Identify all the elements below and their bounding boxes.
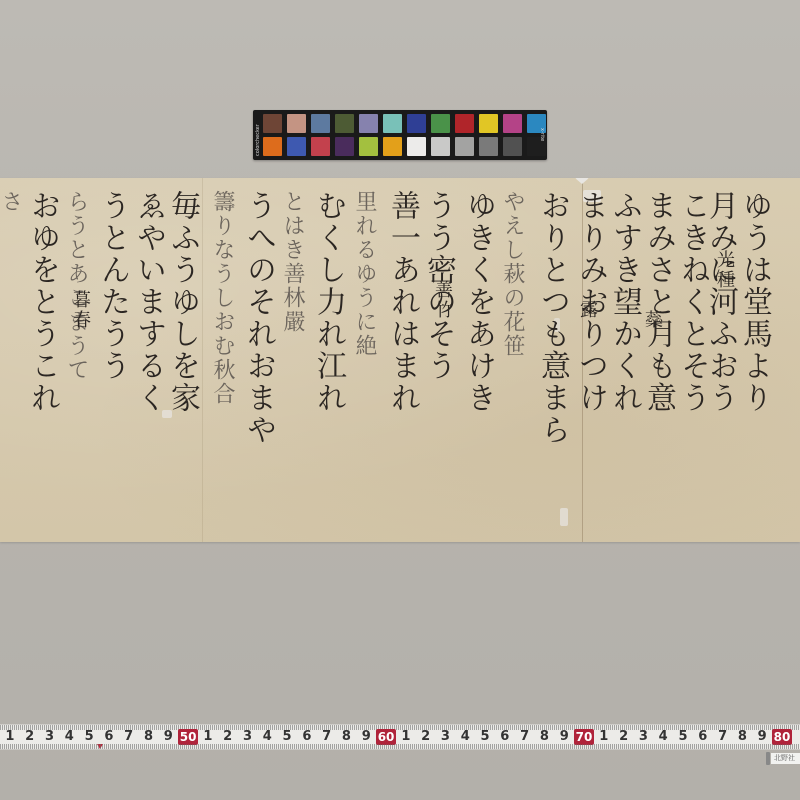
calligraphy-column: 光種	[707, 250, 741, 290]
calligraphy-column: うとんたうう	[95, 190, 129, 382]
calligraphy-column: さ	[0, 190, 27, 214]
calligraphy-column: 毎ふうゆしを家	[165, 190, 199, 414]
ruler-number: 5	[79, 729, 99, 745]
ruler-ticks-bottom	[0, 744, 800, 749]
calligraphy-column: おりとつも意まら	[535, 190, 569, 446]
color-patch	[479, 114, 498, 133]
ruler-number: 2	[614, 729, 634, 745]
ruler-number: 6	[99, 729, 119, 745]
color-patch	[503, 114, 522, 133]
calligraphy-column: やえし萩の花笹	[495, 190, 529, 358]
ruler-number: 6	[495, 729, 515, 745]
checker-brand-label: colorchecker	[254, 116, 262, 156]
ruler-number: 8	[535, 729, 555, 745]
color-patch	[479, 137, 498, 156]
ruler-number: 7	[317, 729, 337, 745]
color-patch	[263, 137, 282, 156]
calligraphy-column: ゑやいまするく	[131, 190, 165, 414]
ruler-number: 4	[653, 729, 673, 745]
color-patch	[263, 114, 282, 133]
calligraphy-column: ゆうは堂馬より	[737, 190, 771, 414]
ruler-number: 9	[554, 729, 574, 745]
color-patch	[407, 114, 426, 133]
ruler-number: 9	[356, 729, 376, 745]
calligraphy-column: おゆをとうこれ	[25, 190, 59, 414]
ruler-number: 70	[574, 729, 594, 745]
color-patch	[383, 137, 402, 156]
calligraphy-column: 善竹	[425, 280, 459, 320]
ruler-number: 5	[673, 729, 693, 745]
color-patch	[455, 114, 474, 133]
ruler-number: 4	[257, 729, 277, 745]
ruler-number: 6	[297, 729, 317, 745]
ruler-number: 50	[178, 729, 198, 745]
ruler-numbers: 1234567895012345678960123456789701234567…	[0, 729, 792, 745]
ruler-number: 5	[475, 729, 495, 745]
calligraphy-column: うへのそれおまや	[241, 190, 275, 446]
calligraphy-column: 善一あれはまれ	[385, 190, 419, 414]
color-patch	[335, 137, 354, 156]
ruler-number: 7	[713, 729, 733, 745]
ruler-number: 4	[455, 729, 475, 745]
color-patch	[383, 114, 402, 133]
calligraphy-column: とはき善林嚴	[275, 190, 309, 334]
ruler-number: 3	[634, 729, 654, 745]
ruler-number: 4	[59, 729, 79, 745]
calligraphy-column: ゆきくをあけき	[461, 190, 495, 414]
color-patch	[431, 137, 450, 156]
checker-maker-label: x-rite	[538, 128, 546, 156]
ruler-number: 1	[396, 729, 416, 745]
calligraphy-column: 里れるゆうに絶	[347, 190, 381, 358]
ruler-number: 1	[594, 729, 614, 745]
color-checker-chart: colorchecker x-rite	[253, 110, 547, 160]
calligraphy-column: むくし力れ江れ	[311, 190, 345, 414]
calligraphy-column: ふすき望かくれ	[607, 190, 641, 414]
calligraphy-column: らうとあこまうて	[59, 190, 93, 382]
ruler-number: 2	[20, 729, 40, 745]
ruler-number: 60	[376, 729, 396, 745]
calligraphy-column: まみさと月も意	[641, 190, 675, 414]
calligraphy-column: 籌りなうしおむ秋合	[205, 190, 239, 406]
ruler-number: 2	[218, 729, 238, 745]
color-patch	[335, 114, 354, 133]
color-patch	[287, 137, 306, 156]
tag-clip	[766, 752, 770, 765]
ruler-number: 5	[277, 729, 297, 745]
ruler-number: 9	[158, 729, 178, 745]
ruler-number: 8	[337, 729, 357, 745]
calligraphy-column: こきねくとそう	[675, 190, 709, 414]
measuring-tape: 1234567895012345678960123456789701234567…	[0, 724, 800, 750]
ruler-number: 7	[515, 729, 535, 745]
color-patch	[455, 137, 474, 156]
ruler-number: 7	[119, 729, 139, 745]
ruler-number: 8	[139, 729, 159, 745]
archive-tag: 北野社	[771, 753, 800, 764]
calligraphy-column: 露	[570, 300, 604, 320]
color-patch-grid	[263, 114, 546, 156]
ruler-number: 6	[693, 729, 713, 745]
paper-seam	[202, 178, 203, 542]
color-patch	[287, 114, 306, 133]
ruler-number: 80	[772, 729, 792, 745]
ruler-number: 1	[198, 729, 218, 745]
color-patch	[359, 114, 378, 133]
calligraphy-scroll: ゆうは堂馬より月みに河ふおう光種こきねくとそうまみさと月も意蘂ふすき望かくれまり…	[0, 178, 800, 542]
paper-damage-spot	[560, 508, 568, 526]
color-patch	[407, 137, 426, 156]
color-patch	[311, 137, 330, 156]
paper-tear	[575, 178, 589, 184]
ruler-number: 3	[238, 729, 258, 745]
ruler-number: 1	[0, 729, 20, 745]
calligraphy-column: 暮春	[63, 290, 97, 330]
color-patch	[503, 137, 522, 156]
ruler-number: 3	[40, 729, 60, 745]
color-patch	[311, 114, 330, 133]
ruler-number: 2	[416, 729, 436, 745]
ruler-number: 8	[732, 729, 752, 745]
color-patch	[359, 137, 378, 156]
ruler-number: 3	[436, 729, 456, 745]
ruler-number: 9	[752, 729, 772, 745]
color-patch	[431, 114, 450, 133]
